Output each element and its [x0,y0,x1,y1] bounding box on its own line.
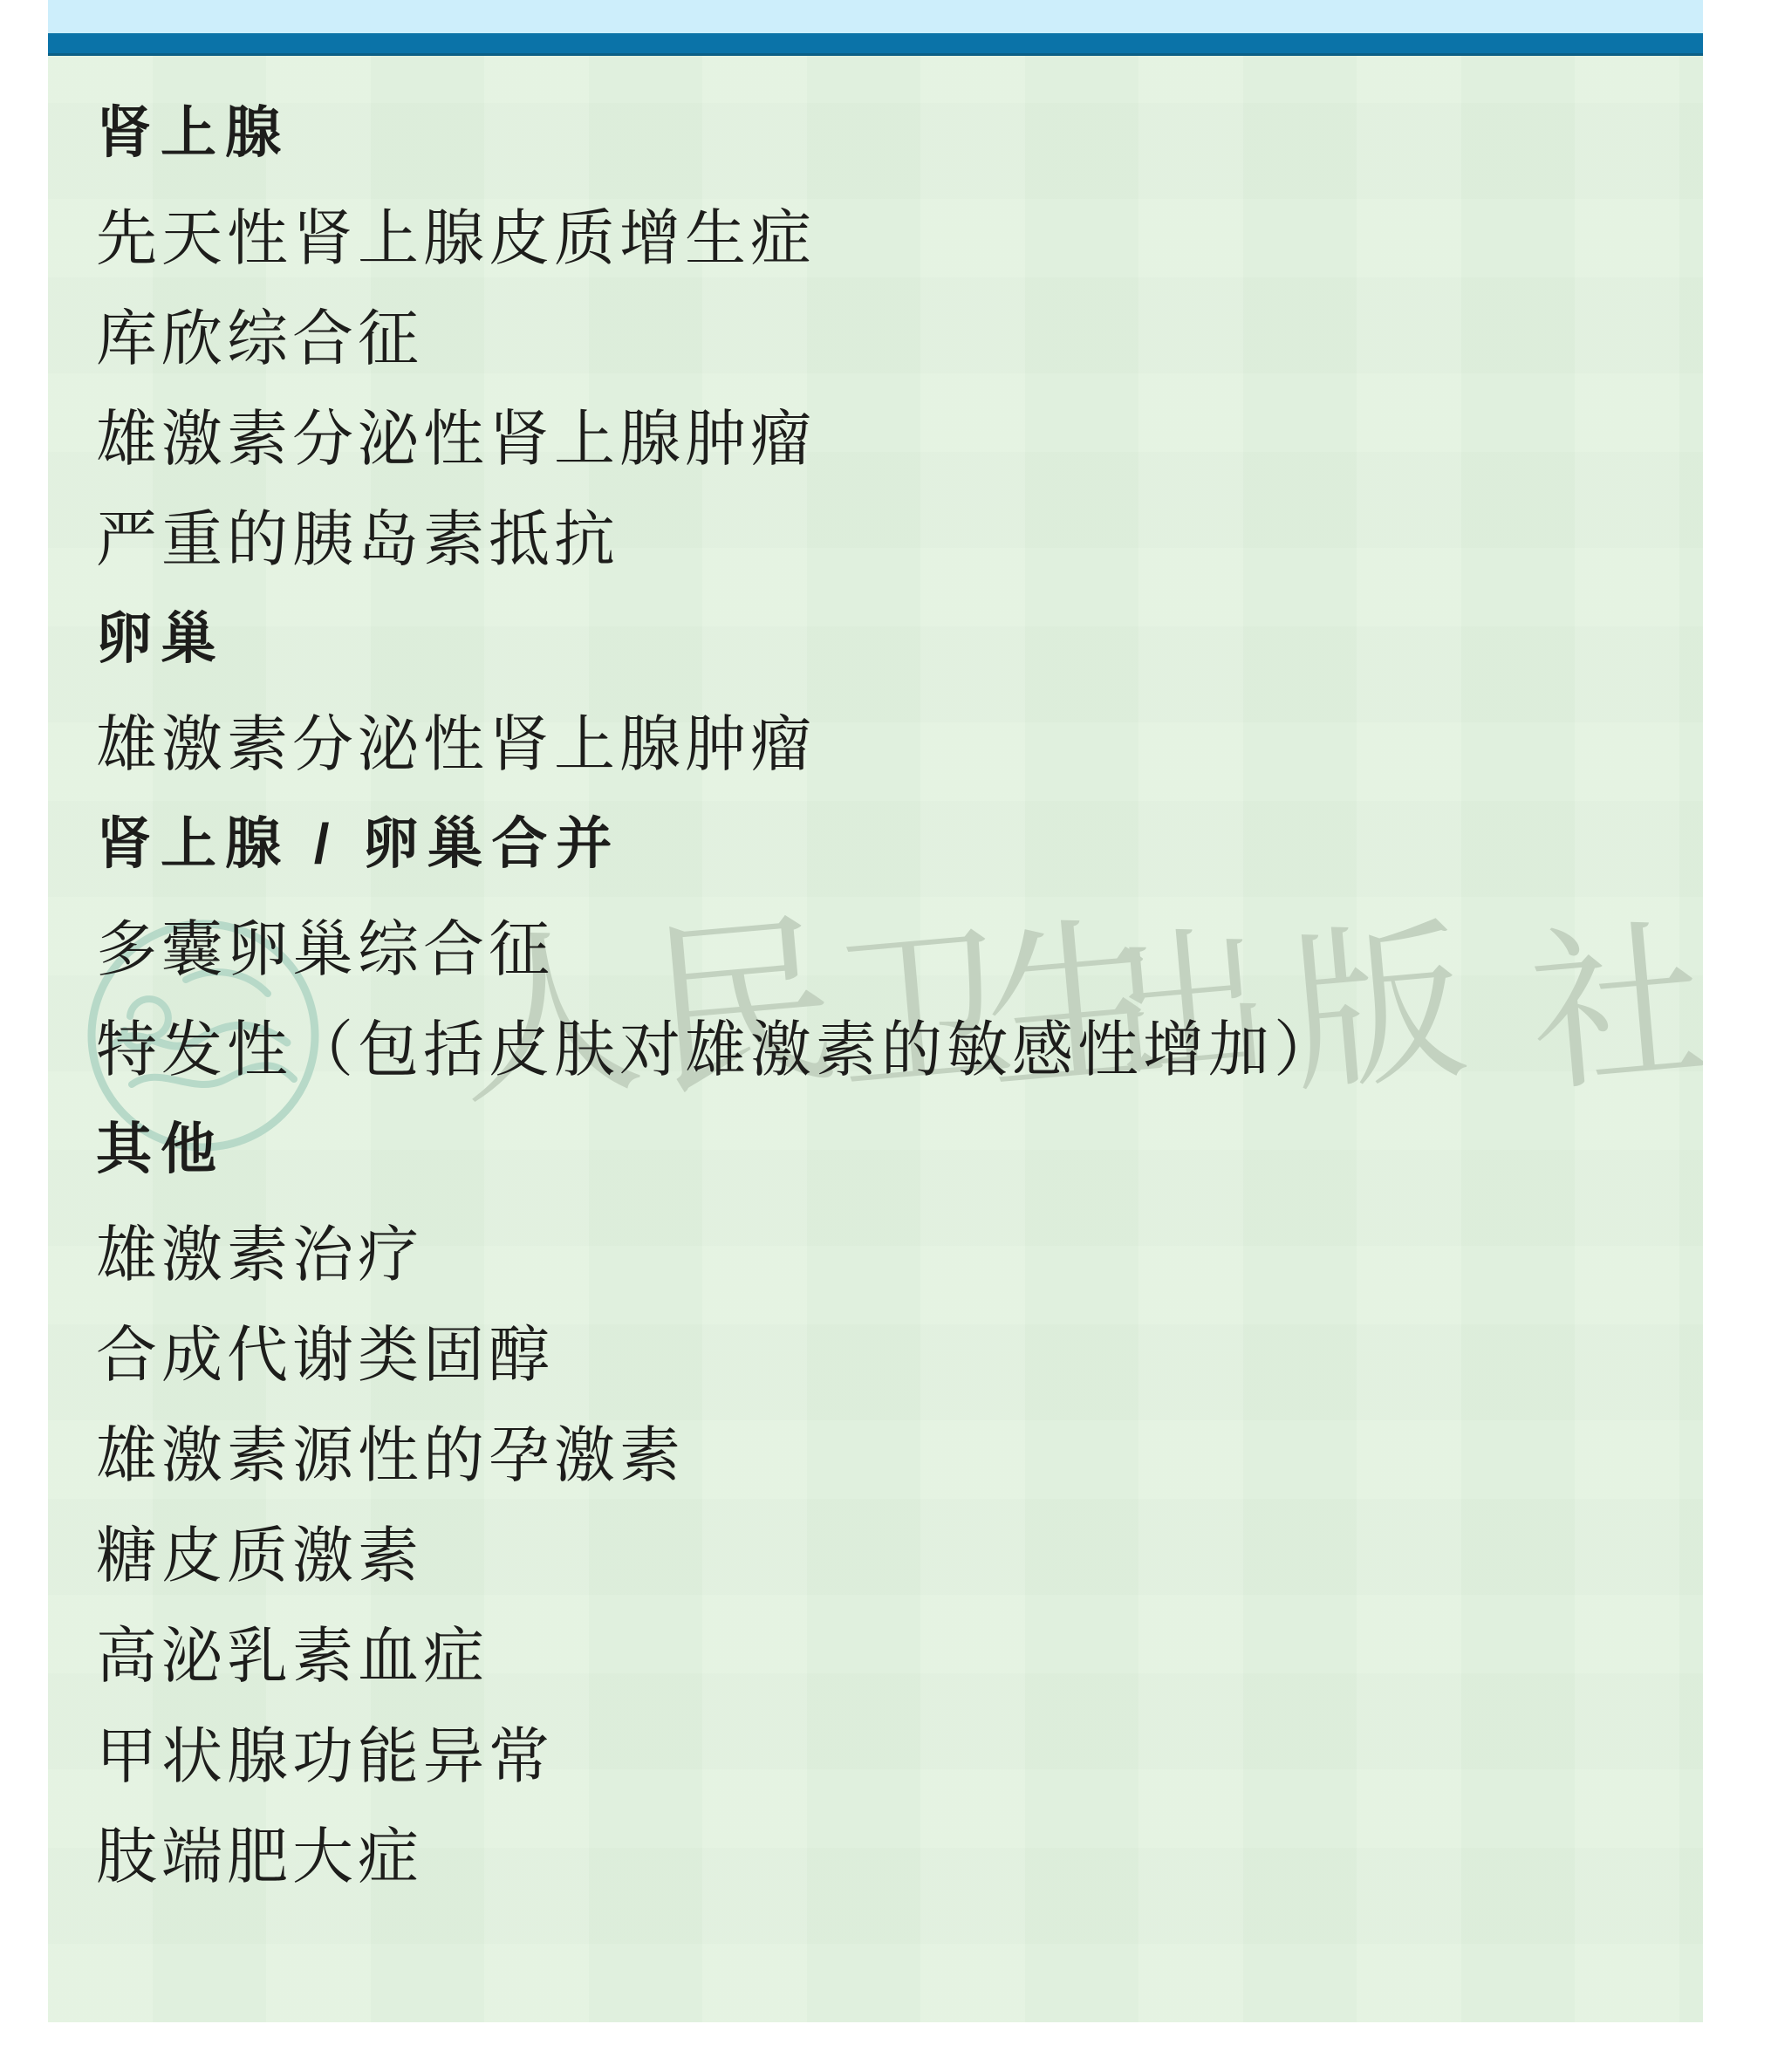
list-item: 糖皮质激素 [96,1527,1655,1588]
list-item: 合成代谢类固醇 [96,1326,1655,1387]
list-item: 严重的胰岛素抵抗 [96,510,1655,571]
table-content: 肾上腺 先天性肾上腺皮质增生症 库欣综合征 雄激素分泌性肾上腺肿瘤 严重的胰岛素… [48,56,1703,1889]
book-page: { "page": { "background_color": "#ffffff… [0,0,1771,2072]
top-blue-band [48,0,1703,33]
table-top-rule [48,33,1703,56]
list-item: 甲状腺功能异常 [96,1727,1655,1788]
section-heading: 肾上腺 [96,105,1655,161]
list-item: 雄激素分泌性肾上腺肿瘤 [96,410,1655,471]
list-item: 多囊卵巢综合征 [96,920,1655,981]
list-item: 先天性肾上腺皮质增生症 [96,209,1655,270]
list-item: 库欣综合征 [96,310,1655,371]
section-heading: 卵巢 [96,611,1655,667]
list-item: 高泌乳素血症 [96,1627,1655,1688]
list-item: 雄激素源性的孕激素 [96,1426,1655,1487]
section-heading: 其他 [96,1121,1655,1177]
section-heading: 肾上腺 / 卵巢合并 [96,816,1655,872]
list-item: 雄激素分泌性肾上腺肿瘤 [96,715,1655,776]
list-item: 特发性（包括皮肤对雄激素的敏感性增加） [96,1021,1655,1082]
table-panel: 人 民 卫 生 出 版 社 肾上腺 先天性肾上腺皮质增生症 库欣综合征 雄激素分… [48,56,1703,2022]
list-item: 雄激素治疗 [96,1226,1655,1287]
list-item: 肢端肥大症 [96,1828,1655,1889]
